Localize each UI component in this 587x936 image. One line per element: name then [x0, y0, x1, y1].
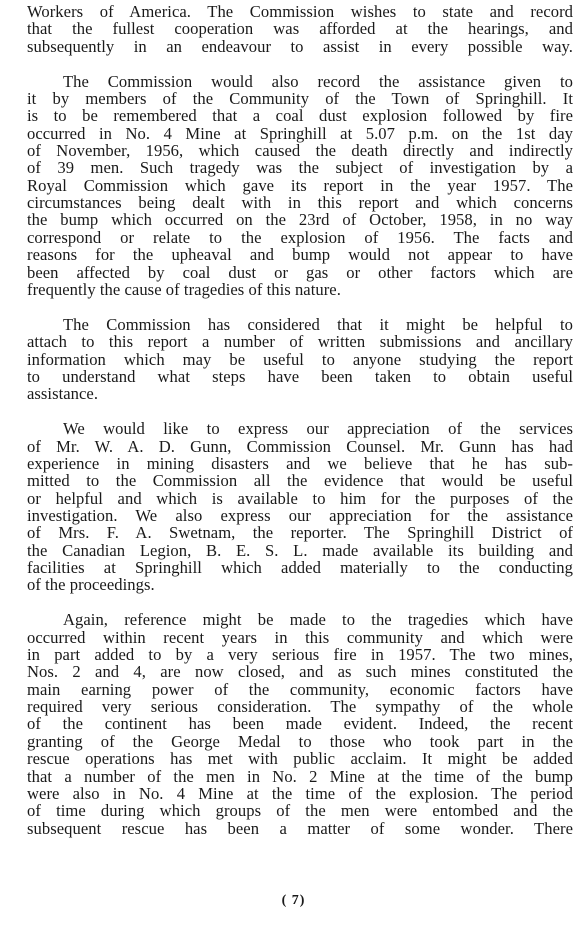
text-line: the Canadian Legion, B. E. S. L. made av…: [27, 542, 573, 559]
text-line: frequently the cause of tragedies of thi…: [27, 281, 573, 298]
text-line: it by members of the Community of the To…: [27, 90, 573, 107]
text-line: assistance.: [27, 385, 573, 402]
text-line: been affected by coal dust or gas or oth…: [27, 264, 573, 281]
text-line: subsequently in an endeavour to assist i…: [27, 38, 573, 55]
text-line: of November, 1956, which caused the deat…: [27, 142, 573, 159]
text-line: facilities at Springhill which added mat…: [27, 559, 573, 576]
text-line: Nos. 2 and 4, are now closed, and as suc…: [27, 663, 573, 680]
text-line: in part added to by a very serious fire …: [27, 646, 573, 663]
paragraph: We would like to express our appreciatio…: [27, 420, 573, 593]
text-line: correspond or relate to the explosion of…: [27, 229, 573, 246]
text-line: mitted to the Commission all the evidenc…: [27, 472, 573, 489]
text-line: Again, reference might be made to the tr…: [27, 611, 573, 628]
text-line: Royal Commission which gave its report i…: [27, 177, 573, 194]
text-line: rescue operations has met with public ac…: [27, 750, 573, 767]
text-line: granting of the George Medal to those wh…: [27, 733, 573, 750]
text-line: or helpful and which is available to him…: [27, 490, 573, 507]
page-number: ( 7): [0, 893, 587, 909]
document-page: Workers of America. The Commission wishe…: [27, 3, 573, 855]
text-line: required very serious consideration. The…: [27, 698, 573, 715]
text-line: main earning power of the community, eco…: [27, 681, 573, 698]
text-line: the bump which occurred on the 23rd of O…: [27, 211, 573, 228]
text-line: occurred in No. 4 Mine at Springhill at …: [27, 125, 573, 142]
text-line: that the fullest cooperation was afforde…: [27, 20, 573, 37]
paragraph: Workers of America. The Commission wishe…: [27, 3, 573, 55]
text-line: attach to this report a number of writte…: [27, 333, 573, 350]
paragraph: The Commission has considered that it mi…: [27, 316, 573, 403]
text-line: We would like to express our appreciatio…: [27, 420, 573, 437]
text-line: of 39 men. Such tragedy was the subject …: [27, 159, 573, 176]
text-line: information which may be useful to anyon…: [27, 351, 573, 368]
text-line: circumstances being dealt with in this r…: [27, 194, 573, 211]
text-line: The Commission has considered that it mi…: [27, 316, 573, 333]
text-line: Workers of America. The Commission wishe…: [27, 3, 573, 20]
text-line: investigation. We also express our appre…: [27, 507, 573, 524]
text-line: of Mrs. F. A. Swetnam, the reporter. The…: [27, 524, 573, 541]
text-line: that a number of the men in No. 2 Mine a…: [27, 768, 573, 785]
text-line: of the proceedings.: [27, 576, 573, 593]
text-line: experience in mining disasters and we be…: [27, 455, 573, 472]
text-line: The Commission would also record the ass…: [27, 73, 573, 90]
paragraph: Again, reference might be made to the tr…: [27, 611, 573, 836]
text-line: is to be remembered that a coal dust exp…: [27, 107, 573, 124]
text-line: of Mr. W. A. D. Gunn, Commission Counsel…: [27, 438, 573, 455]
text-line: reasons for the upheaval and bump would …: [27, 246, 573, 263]
text-line: occurred within recent years in this com…: [27, 629, 573, 646]
text-line: subsequent rescue has been a matter of s…: [27, 820, 573, 837]
text-line: of time during which groups of the men w…: [27, 802, 573, 819]
text-line: were also in No. 4 Mine at the time of t…: [27, 785, 573, 802]
text-line: to understand what steps have been taken…: [27, 368, 573, 385]
paragraph: The Commission would also record the ass…: [27, 73, 573, 298]
text-line: of the continent has been made evident. …: [27, 715, 573, 732]
